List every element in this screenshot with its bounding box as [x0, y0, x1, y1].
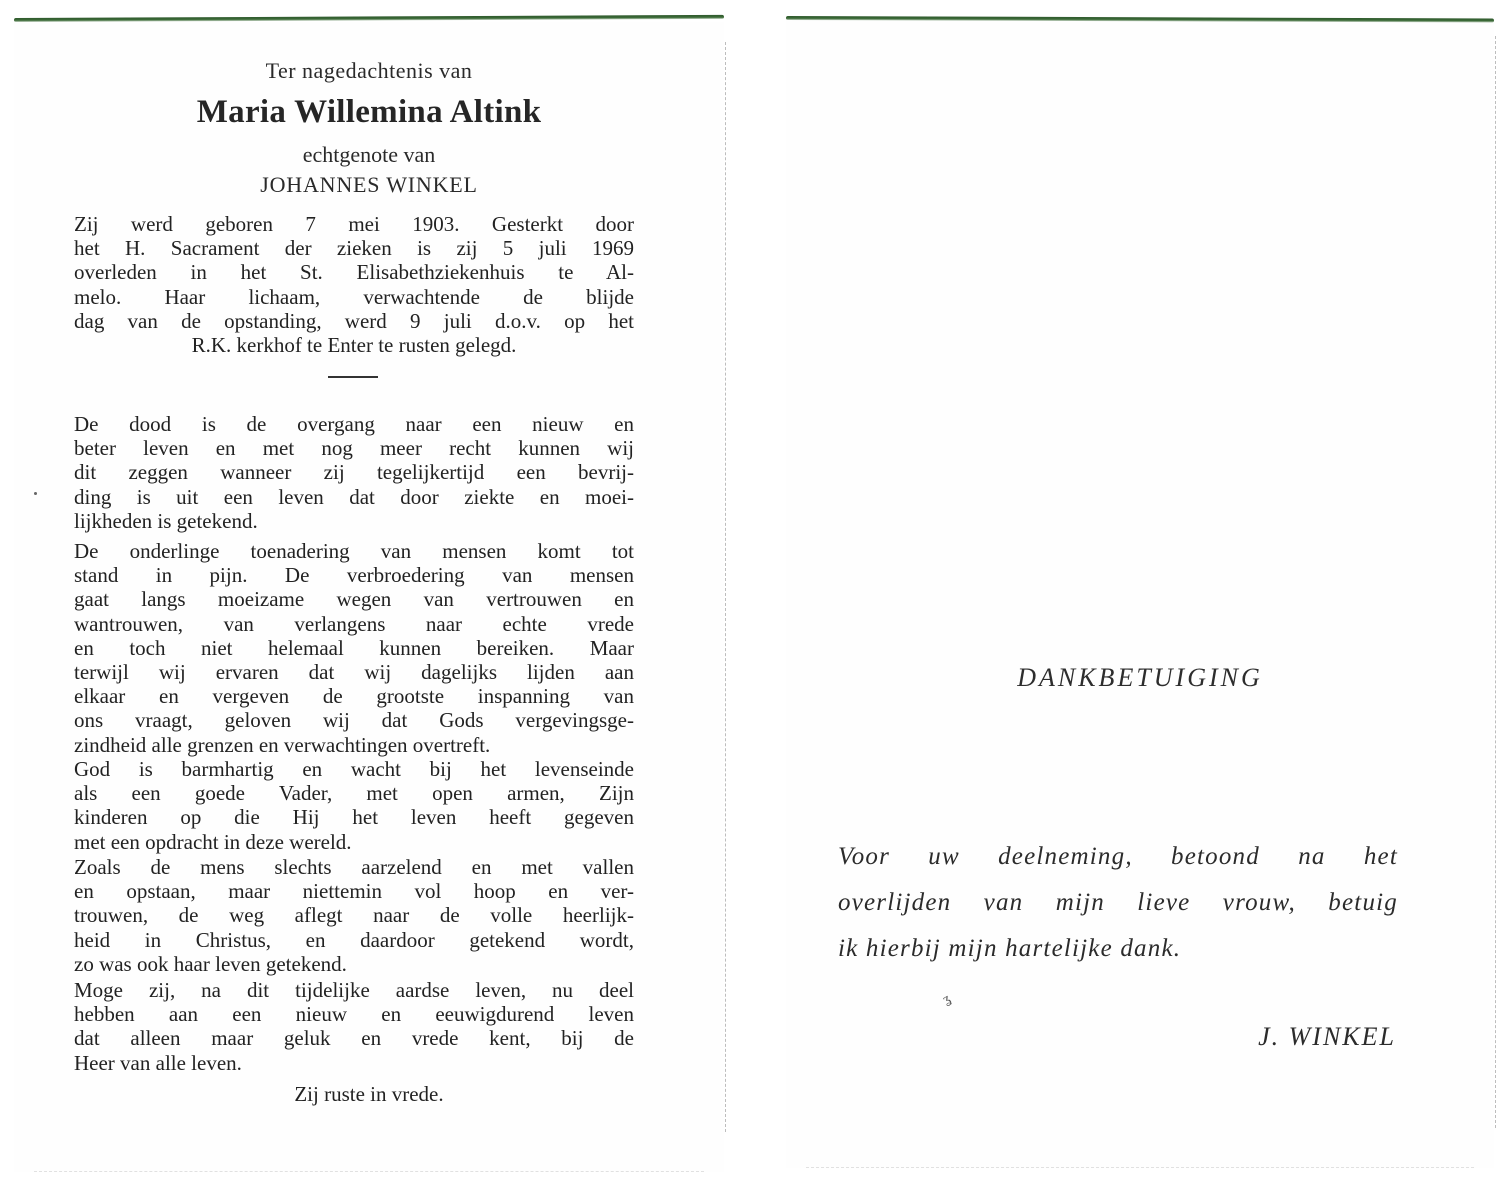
text-line: stand in pijn. De verbroedering van mens…: [74, 563, 634, 587]
acknowledgement-text: Voor uw deelneming, betoond na hetoverli…: [838, 834, 1398, 972]
text-line: elkaar en vergeven de grootste inspannin…: [74, 684, 634, 708]
text-line: De dood is de overgang naar een nieuw en: [74, 412, 634, 436]
text-line: R.K. kerkhof te Enter te rusten gelegd.: [74, 333, 634, 357]
card-top-border: [14, 15, 724, 22]
reflection-paragraph-3: God is barmhartig en wacht bij het leven…: [74, 757, 634, 854]
text-line: God is barmhartig en wacht bij het leven…: [74, 757, 634, 781]
signature: J. WINKEL: [1258, 1022, 1396, 1052]
scan-speck: [34, 492, 37, 495]
text-line: dat alleen maar geluk en vrede kent, bij…: [74, 1026, 634, 1050]
text-line: dit zeggen wanneer zij tegelijkertijd ee…: [74, 460, 634, 484]
text-line: melo. Haar lichaam, verwachtende de blij…: [74, 285, 634, 309]
ink-smudge: ʓ: [940, 992, 953, 1009]
text-line: Voor uw deelneming, betoond na het: [838, 834, 1398, 880]
text-line: Zij werd geboren 7 mei 1903. Gesterkt do…: [74, 212, 634, 236]
card-right-edge: [1495, 36, 1496, 1128]
text-line: zindheid alle grenzen en verwachtingen o…: [74, 733, 634, 757]
text-line: en toch niet helemaal kunnen bereiken. M…: [74, 636, 634, 660]
text-line: Heer van alle leven.: [74, 1051, 634, 1075]
text-line: wantrouwen, van verlangens naar echte vr…: [74, 612, 634, 636]
reflection-paragraph-4: Zoals de mens slechts aarzelend en met v…: [74, 855, 634, 976]
text-line: zo was ook haar leven getekend.: [74, 952, 634, 976]
text-line: beter leven en met nog meer recht kunnen…: [74, 436, 634, 460]
text-line: Zoals de mens slechts aarzelend en met v…: [74, 855, 634, 879]
reflection-paragraph-5: Moge zij, na dit tijdelijke aardse leven…: [74, 978, 634, 1075]
text-line: lijkheden is getekend.: [74, 509, 634, 533]
spouse-name: JOHANNES WINKEL: [14, 172, 724, 198]
text-line: ons vraagt, geloven wij dat Gods vergevi…: [74, 708, 634, 732]
text-line: trouwen, de weg aflegt naar de volle hee…: [74, 903, 634, 927]
text-line: en opstaan, maar niettemin vol hoop en v…: [74, 879, 634, 903]
text-line: gaat langs moeizame wegen van vertrouwen…: [74, 587, 634, 611]
text-line: overleden in het St. Elisabethziekenhuis…: [74, 260, 634, 284]
text-line: dag van de opstanding, werd 9 juli d.o.v…: [74, 309, 634, 333]
text-line: kinderen op die Hij het leven heeft gege…: [74, 805, 634, 829]
deceased-name: Maria Willemina Altink: [14, 94, 724, 131]
text-line: het H. Sacrament der zieken is zij 5 jul…: [74, 236, 634, 260]
card-bottom-edge: [806, 1167, 1474, 1168]
biography-paragraph: Zij werd geboren 7 mei 1903. Gesterkt do…: [74, 212, 634, 357]
acknowledgement-title: DANKBETUIGING: [786, 663, 1494, 693]
section-divider: [328, 376, 378, 378]
memorial-intro: Ter nagedachtenis van: [14, 58, 724, 84]
closing-blessing: Zij ruste in vrede.: [14, 1082, 724, 1107]
text-line: ik hierbij mijn hartelijke dank.: [838, 926, 1398, 972]
text-line: overlijden van mijn lieve vrouw, betuig: [838, 880, 1398, 926]
memorial-card-front: Ter nagedachtenis van Maria Willemina Al…: [14, 22, 724, 1172]
card-top-border: [786, 16, 1494, 22]
text-line: heid in Christus, en daardoor getekend w…: [74, 928, 634, 952]
text-line: terwijl wij ervaren dat wij dagelijks li…: [74, 660, 634, 684]
text-line: ding is uit een leven dat door ziekte en…: [74, 485, 634, 509]
reflection-paragraph-1: De dood is de overgang naar een nieuw en…: [74, 412, 634, 533]
card-bottom-edge: [34, 1171, 704, 1172]
text-line: De onderlinge toenadering van mensen kom…: [74, 539, 634, 563]
text-line: hebben aan een nieuw en eeuwigdurend lev…: [74, 1002, 634, 1026]
text-line: met een opdracht in deze wereld.: [74, 830, 634, 854]
text-line: als een goede Vader, met open armen, Zij…: [74, 781, 634, 805]
spouse-intro: echtgenote van: [14, 142, 724, 168]
text-line: Moge zij, na dit tijdelijke aardse leven…: [74, 978, 634, 1002]
reflection-paragraph-2: De onderlinge toenadering van mensen kom…: [74, 539, 634, 757]
memorial-card-back: DANKBETUIGING Voor uw deelneming, betoon…: [786, 16, 1494, 1168]
card-right-edge: [725, 42, 726, 1132]
